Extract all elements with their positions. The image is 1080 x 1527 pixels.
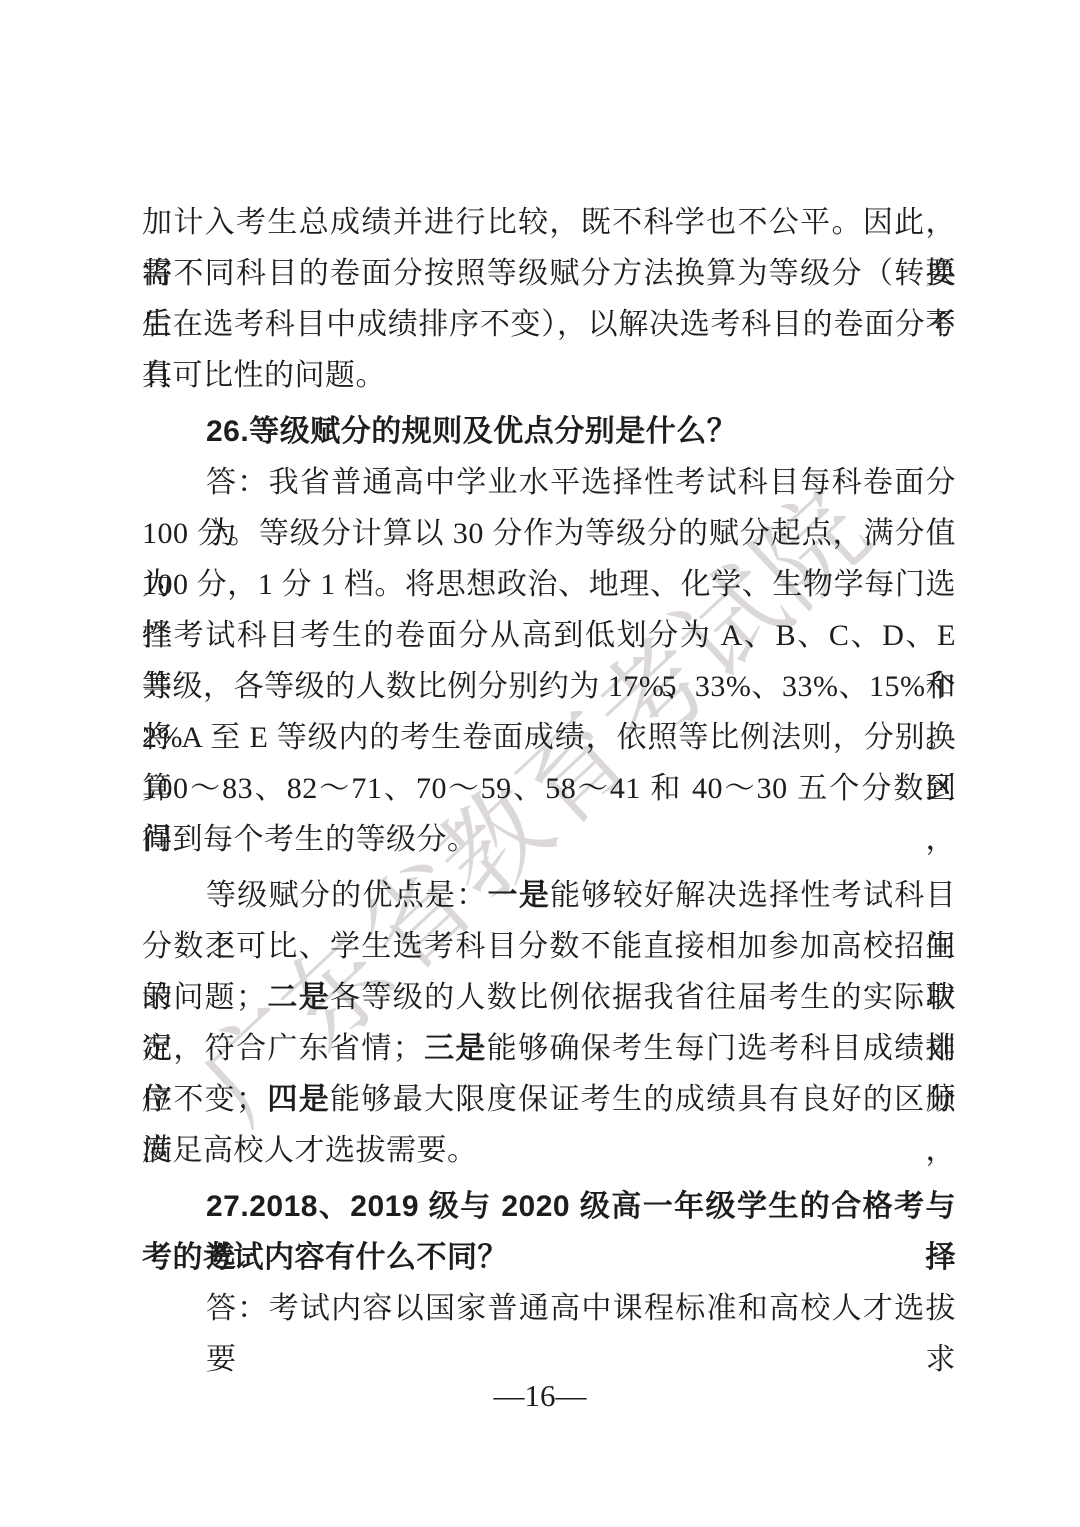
text-segment: 的问题； xyxy=(142,981,267,1014)
paragraph-line: 答：考试内容以国家普通高中课程标准和高校人才选拔要求 xyxy=(142,1283,956,1334)
bold-run-in-label: 考的考试内容有什么不同？ xyxy=(142,1241,508,1274)
paragraph-line: 定，符合广东省情；三是能够确保考生每门选考科目成绩排位顺 xyxy=(142,1023,956,1074)
document-body: 加计入考生总成绩并进行比较，既不科学也不公平。因此，需要将不同科目的卷面分按照等… xyxy=(142,197,956,1334)
text-segment: 满足高校人才选拔需要。 xyxy=(142,1134,478,1167)
text-segment: 等级赋分的优点是： xyxy=(206,879,488,912)
paragraph-line: 等级，各等级的人数比例分别约为 17%、33%、33%、15%和 2%。 xyxy=(142,661,956,712)
paragraph-line: 的问题；二是各等级的人数比例依据我省往届考生的实际状况划 xyxy=(142,972,956,1023)
paragraph-line: 分数不可比、学生选考科目分数不能直接相加参加高校招生录取 xyxy=(142,921,956,972)
paragraph-line: 将 A 至 E 等级内的考生卷面成绩，依照等比例法则，分别换算到 xyxy=(142,712,956,763)
paragraph-line: 100～83、82～71、70～59、58～41 和 40～30 五个分数区间， xyxy=(142,763,956,814)
question-heading-line: 26.等级赋分的规则及优点分别是什么？ xyxy=(142,406,956,457)
paragraph-line: 性考试科目考生的卷面分从高到低划分为 A、B、C、D、E 共 5 个 xyxy=(142,610,956,661)
text-segment: 定，符合广东省情； xyxy=(142,1032,423,1065)
paragraph-line: 等级赋分的优点是：一是能够较好解决选择性考试科目之间 xyxy=(142,870,956,921)
bold-run-in-label: 三是 xyxy=(423,1032,487,1065)
bold-run-in-label: 一是 xyxy=(488,879,551,912)
paragraph-line: 将不同科目的卷面分按照等级赋分方法换算为等级分（转换后考 xyxy=(142,248,956,299)
bold-run-in-label: 二是 xyxy=(267,981,331,1014)
text-segment: 序不变； xyxy=(142,1083,267,1116)
paragraph-line: 序不变；四是能够最大限度保证考生的成绩具有良好的区分度， xyxy=(142,1074,956,1125)
paragraph-line: 加计入考生总成绩并进行比较，既不科学也不公平。因此，需要 xyxy=(142,197,956,248)
paragraph-line: 100 分，1 分 1 档。将思想政治、地理、化学、生物学每门选择 xyxy=(142,559,956,610)
paragraph-line: 生在选考科目中成绩排序不变），以解决选考科目的卷面分不具 xyxy=(142,299,956,350)
page-number: —16— xyxy=(0,1378,1080,1414)
question-heading-line: 27.2018、2019 级与 2020 级高一年级学生的合格考与选择 xyxy=(142,1181,956,1232)
document-page: 广东省教育考试院 加计入考生总成绩并进行比较，既不科学也不公平。因此，需要将不同… xyxy=(0,0,1080,1527)
bold-run-in-label: 26.等级赋分的规则及优点分别是什么？ xyxy=(206,415,737,448)
text-segment: 得到每个考生的等级分。 xyxy=(142,823,478,856)
text-segment: 有可比性的问题。 xyxy=(142,359,386,392)
text-segment: 答：考试内容以国家普通高中课程标准和高校人才选拔要求 xyxy=(206,1292,956,1376)
paragraph-line: 100 分。等级分计算以 30 分作为等级分的赋分起点，满分值为 xyxy=(142,508,956,559)
bold-run-in-label: 四是 xyxy=(267,1083,331,1116)
paragraph-line: 答：我省普通高中学业水平选择性考试科目每科卷面分为 xyxy=(142,457,956,508)
paragraph-line: 有可比性的问题。 xyxy=(142,350,956,401)
